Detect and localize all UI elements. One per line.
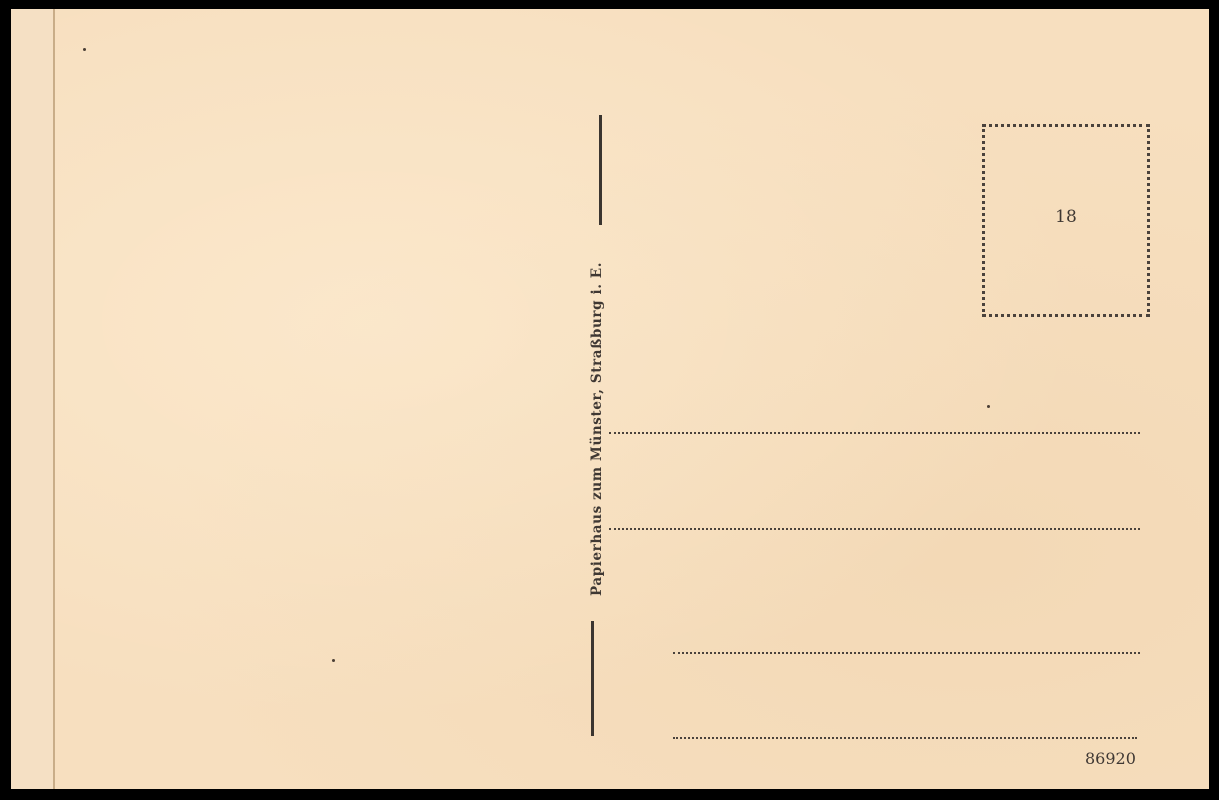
stamp-box-number: 18: [985, 207, 1147, 227]
address-line-2: [609, 528, 1140, 530]
address-line-4: [673, 737, 1137, 739]
postcard-back: Papierhaus zum Münster, Straßburg i. E. …: [11, 9, 1209, 789]
address-line-3: [673, 652, 1140, 654]
serial-number: 86920: [1085, 749, 1136, 768]
paper-speck: [987, 405, 990, 408]
perforated-stub: [11, 9, 55, 789]
divider-line-bottom: [591, 621, 594, 736]
divider-line-top: [599, 115, 602, 225]
paper-speck: [83, 48, 86, 51]
publisher-imprint: Papierhaus zum Münster, Straßburg i. E.: [587, 249, 607, 609]
stamp-placeholder-box: 18: [982, 124, 1150, 317]
paper-speck: [332, 659, 335, 662]
address-line-1: [609, 432, 1140, 434]
